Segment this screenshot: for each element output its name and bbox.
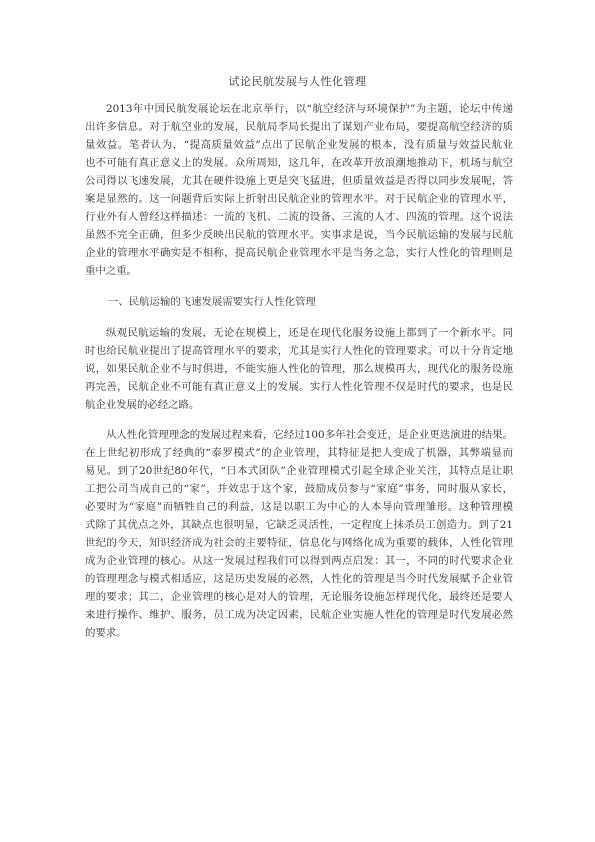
paragraph-3-line-11: 来进行操作、维护、服务，员工成为决定因素，民航企业实施人性化的管理是时代发展必然 [85, 608, 513, 622]
paragraph-3-line-4: 工把公司当成自己的“家”，并效忠于这个家，鼓励成员参与“家庭”事务，同时服从家长… [85, 482, 513, 496]
paragraph-1-line-2: 出许多信息。对于航空业的发展，民航局李局长提出了谋划产业布局，要提高航空经济的质 [85, 120, 513, 134]
paragraph-3-line-12: 的要求。 [85, 626, 513, 640]
document-title: 试论民航发展与人性化管理 [0, 75, 595, 89]
paragraph-1-line-1: 2013年中国民航发展论坛在北京举行，以“航空经济与环境保护”为主题，论坛中传递 [106, 102, 513, 116]
paragraph-1-line-10: 重中之重。 [85, 264, 513, 278]
paragraph-2-line-2: 时也给民航业提出了提高管理水平的要求，尤其是实行人性化的管理要求。可以十分肯定地 [85, 344, 513, 358]
paragraph-3-line-10: 理的要求；其二，企业管理的核心是对人的管理，无论服务设施怎样现代化，最终还是要人 [85, 590, 513, 604]
document-page: 试论民航发展与人性化管理 2013年中国民航发展论坛在北京举行，以“航空经济与环… [0, 0, 595, 842]
section-heading-1: 一、民航运输的飞速发展需要实行人性化管理 [108, 295, 316, 309]
paragraph-3-line-3: 易见。到了20世纪80年代，“日本式团队”企业管理模式引起全球企业关注，其特点是… [85, 464, 513, 478]
paragraph-3-line-9: 的管理理念与模式相适应，这是历史发展的必然，人性化的管理是当今时代发展赋予企业管 [85, 572, 513, 586]
paragraph-3-line-1: 从人性化管理理念的发展过程来看，它经过100多年社会变迁，是企业更迭演进的结果。 [106, 428, 513, 442]
paragraph-1-line-6: 案是显然的。这一问题背后实际上折射出民航企业的管理水平。对于民航企业的管理水平， [85, 192, 513, 206]
paragraph-1-line-4: 也不可能有真正意义上的发展。众所周知，这几年，在改革开放浪潮地推动下，机场与航空 [85, 156, 513, 170]
paragraph-3-line-7: 世纪的今天，知识经济成为社会的主要特征，信息化与网络化成为重要的载体，人性化管理 [85, 536, 513, 550]
paragraph-3-line-6: 式除了其优点之外，其缺点也很明显，它缺乏灵活性，一定程度上抹杀员工创造力。到了2… [85, 518, 513, 532]
paragraph-3-line-2: 在上世纪初形成了经典的“泰罗模式”的企业管理，其特征是把人变成了机器，其弊端显而 [85, 446, 513, 460]
paragraph-2-line-4: 再完善，民航企业不可能有真正意义上的发展。实行人性化管理不仅是时代的要求，也是民 [85, 380, 513, 394]
paragraph-2-line-1: 纵观民航运输的发展，无论在规模上，还是在现代化服务设施上都到了一个新水平。同 [106, 326, 513, 340]
paragraph-2-line-5: 航企业发展的必经之路。 [85, 398, 513, 412]
paragraph-1-line-3: 量效益。笔者认为，“提高质量效益”点出了民航企业发展的根本，没有质量与效益民航业 [85, 138, 513, 152]
paragraph-1-line-9: 企业的管理水平确实是不相称，提高民航企业管理水平是当务之急，实行人性化的管理则是 [85, 246, 513, 260]
paragraph-1-line-8: 虽然不完全正确，但多少反映出民航的管理水平。实事求是说，当今民航运输的发展与民航 [85, 228, 513, 242]
paragraph-1-line-5: 公司得以飞速发展，尤其在硬件设施上更是突飞猛进，但质量效益是否得以同步发展呢，答 [85, 174, 513, 188]
paragraph-2-line-3: 说，如果民航企业不与时俱进，不能实施人性化的管理，那么规模再大，现代化的服务设施 [85, 362, 513, 376]
paragraph-3-line-5: 必要时为“家庭”而牺牲自己的利益，这是以职工为中心的人本导向管理雏形。这种管理模 [85, 500, 513, 514]
paragraph-3-line-8: 成为企业管理的核心。从这一发展过程我们可以得到两点启发：其一，不同的时代要求企业 [85, 554, 513, 568]
paragraph-1-line-7: 行业外有人曾经这样描述：一流的飞机、二流的设备、三流的人才、四流的管理。这个说法 [85, 210, 513, 224]
